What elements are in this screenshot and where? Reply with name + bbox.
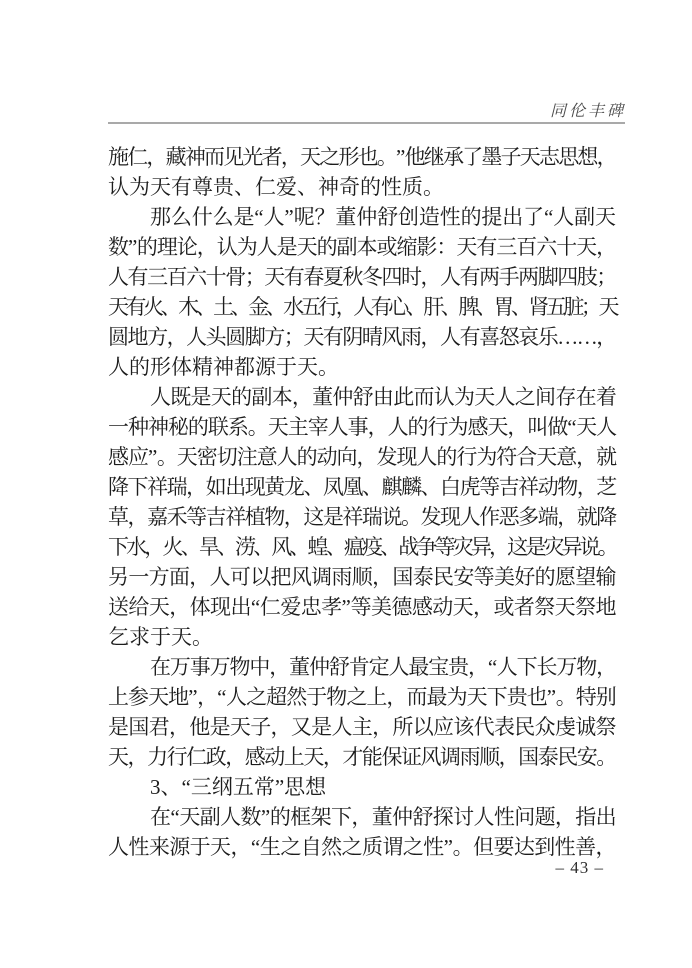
text-line-p3-l8: 送给天，体现出“仁爱忠孝”等美德感动天，或者祭天祭地 <box>108 592 616 622</box>
running-header-title: 同伦丰碑 <box>550 98 626 121</box>
text-line-p3-l2: 一种神秘的联系。天主宰人事，人的行为感天，叫做“天人 <box>108 412 616 442</box>
text-line-p1-l2: 认为天有尊贵、仁爱、神奇的性质。 <box>108 172 616 202</box>
text-line-p2-l1: 那么什么是“人”呢？董仲舒创造性的提出了“人副天 <box>108 202 616 232</box>
text-line-p1-l1: 施仁，藏神而见光者，天之形也。”他继承了墨子天志思想， <box>108 142 616 172</box>
text-line-p2-l3: 人有三百六十骨；天有春夏秋冬四时，人有两手两脚四肢； <box>108 262 616 292</box>
header-rule <box>108 122 625 124</box>
text-line-p2-l5: 圆地方，人头圆脚方；天有阴晴风雨，人有喜怒哀乐……， <box>108 322 616 352</box>
text-line-p6-l1: 在“天副人数”的框架下，董仲舒探讨人性问题，指出 <box>108 802 616 832</box>
text-line-p2-l4: 天有火、木、土、金、水五行，人有心、肝、脾、胃、肾五脏；天 <box>108 292 616 322</box>
text-line-p3-l4: 降下祥瑞，如出现黄龙、凤凰、麒麟、白虎等吉祥动物，芝 <box>108 472 616 502</box>
text-line-p4-l4: 天，力行仁政，感动上天，才能保证风调雨顺，国泰民安。 <box>108 742 616 772</box>
text-line-p3-l6: 下水，火、旱、涝、风、蝗、瘟疫、战争等灾异，这是灾异说。 <box>108 532 616 562</box>
text-line-p3-l7: 另一方面，人可以把风调雨顺，国泰民安等美好的愿望输 <box>108 562 616 592</box>
scanned-book-page: 同伦丰碑 施仁，藏神而见光者，天之形也。”他继承了墨子天志思想，认为天有尊贵、仁… <box>0 0 692 968</box>
text-line-p3-l5: 草，嘉禾等吉祥植物，这是祥瑞说。发现人作恶多端，就降 <box>108 502 616 532</box>
text-line-p4-l2: 上参天地”，“人之超然于物之上，而最为天下贵也”。特别 <box>108 682 616 712</box>
text-line-p5-l1: 3、“三纲五常”思想 <box>108 772 616 802</box>
text-line-p3-l9: 乞求于天。 <box>108 622 616 652</box>
text-line-p4-l1: 在万事万物中，董仲舒肯定人最宝贵，“人下长万物， <box>108 652 616 682</box>
text-line-p3-l3: 感应”。天密切注意人的动向，发现人的行为符合天意，就 <box>108 442 616 472</box>
body-text: 施仁，藏神而见光者，天之形也。”他继承了墨子天志思想，认为天有尊贵、仁爱、神奇的… <box>108 142 616 862</box>
text-line-p3-l1: 人既是天的副本，董仲舒由此而认为天人之间存在着 <box>108 382 616 412</box>
page-number: – 43 – <box>108 858 616 878</box>
text-line-p2-l6: 人的形体精神都源于天。 <box>108 352 616 382</box>
text-line-p2-l2: 数”的理论，认为人是天的副本或缩影：天有三百六十天， <box>108 232 616 262</box>
text-line-p4-l3: 是国君，他是天子，又是人主，所以应该代表民众虔诚祭 <box>108 712 616 742</box>
